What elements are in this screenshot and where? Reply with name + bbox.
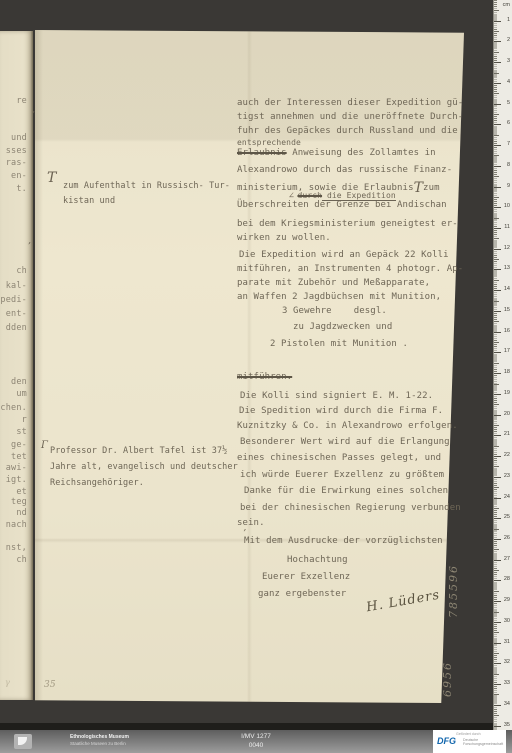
ruler-half-tick bbox=[494, 52, 499, 53]
previous-page-fragment: nach bbox=[0, 520, 27, 530]
previous-page-fragment: sses bbox=[0, 146, 27, 156]
ruler-cm-tick bbox=[494, 249, 501, 250]
ruler-half-tick bbox=[494, 10, 499, 11]
previous-page-fragment: ch bbox=[0, 555, 27, 565]
ruler-cm-label: 12 bbox=[504, 246, 510, 252]
previous-page-fragment: dden bbox=[0, 323, 27, 333]
ruler-cm-label: 35 bbox=[504, 723, 510, 729]
previous-page-fragment: chen. bbox=[0, 403, 27, 413]
ruler-cm-tick bbox=[494, 83, 501, 84]
museum-logo-icon bbox=[14, 734, 32, 749]
ruler-half-tick bbox=[494, 155, 499, 156]
letter-line: bei dem Kriegsministerium geneigtest er- bbox=[237, 220, 458, 229]
ruler-cm-tick bbox=[494, 145, 501, 146]
ruler-cm-tick bbox=[494, 580, 501, 581]
funded-by-label: Gefördert durch bbox=[456, 732, 481, 736]
ruler-cm-label: 19 bbox=[504, 391, 510, 397]
letter-line: mitführen, an Instrumenten 4 photogr. Ap… bbox=[237, 265, 463, 274]
letter-line: ’ bbox=[28, 243, 31, 252]
letter-line: Mit dem Ausdrucke der vorzüglichsten bbox=[244, 537, 443, 546]
archive-reference: I/MV 1277 0040 bbox=[241, 733, 271, 751]
ruler-half-tick bbox=[494, 321, 499, 322]
ruler-cm-label: 16 bbox=[504, 329, 510, 335]
ruler-cm-label: 30 bbox=[504, 619, 510, 625]
previous-page-fragment: re bbox=[0, 96, 27, 106]
ruler-cm-tick bbox=[494, 435, 501, 436]
ruler-half-tick bbox=[494, 508, 499, 509]
ruler-cm-label: 13 bbox=[504, 266, 510, 272]
ruler-cm-label: 14 bbox=[504, 287, 510, 293]
letter-line: Danke für die Erwirkung eines solchen bbox=[244, 487, 448, 496]
letter-line: fuhr des Gepäckes durch Russland und die bbox=[237, 127, 458, 136]
ruler-half-tick bbox=[494, 694, 499, 695]
pencil-mark: γ bbox=[5, 679, 10, 687]
ruler-half-tick bbox=[494, 301, 499, 302]
pre-footer-band bbox=[0, 723, 512, 730]
ruler-cm-label: 32 bbox=[504, 660, 510, 666]
ruler-cm-label: 18 bbox=[504, 370, 510, 376]
letter-line: an Waffen 2 Jagdbüchsen mit Munition, bbox=[237, 293, 441, 302]
ruler-cm-tick bbox=[494, 643, 501, 644]
previous-page-fragment: und bbox=[0, 133, 27, 143]
letter-line: tigst annehmen und die uneröffnete Durch… bbox=[237, 113, 463, 122]
letter-line: Erlaubnis Anweisung des Zollamtes in bbox=[237, 149, 436, 158]
letter-line: T bbox=[47, 174, 56, 183]
pencil-number-vertical: 785596 bbox=[447, 564, 460, 618]
letter-line: Reichsangehöriger. bbox=[50, 479, 144, 488]
ruler-half-tick bbox=[494, 384, 499, 385]
ruler-half-tick bbox=[494, 549, 499, 550]
ruler-unit-label: cm bbox=[503, 2, 510, 8]
previous-page-fragment: ent- bbox=[0, 309, 27, 319]
letter-line: ’ bbox=[32, 112, 35, 121]
ruler-cm-tick bbox=[494, 415, 501, 416]
letter-line: kistan und bbox=[63, 197, 115, 206]
ruler-cm-label: 1 bbox=[507, 18, 510, 24]
ruler-half-tick bbox=[494, 363, 499, 364]
ruler-cm-label: 20 bbox=[504, 412, 510, 418]
ruler-half-tick bbox=[494, 404, 499, 405]
ruler-cm-label: 23 bbox=[504, 474, 510, 480]
ruler-cm-label: 27 bbox=[504, 557, 510, 563]
letter-line: auch der Interessen dieser Expedition gü… bbox=[237, 99, 463, 108]
letter-line: bei der chinesischen Regierung verbunden bbox=[240, 504, 461, 513]
ruler-cm-tick bbox=[494, 663, 501, 664]
letter-line: Alexandrowo durch das russische Finanz- bbox=[237, 166, 452, 175]
previous-page-fragment: en- bbox=[0, 171, 27, 181]
ruler-half-tick bbox=[494, 674, 499, 675]
previous-page-fragment: ch bbox=[0, 266, 27, 276]
ruler-cm-tick bbox=[494, 498, 501, 499]
ruler-cm-label: 5 bbox=[507, 101, 510, 107]
previous-page-fragment: t. bbox=[0, 184, 27, 194]
ruler-cm-tick bbox=[494, 124, 501, 125]
ruler-cm-tick bbox=[494, 684, 501, 685]
ruler-cm-label: 8 bbox=[507, 163, 510, 169]
footer-bar: Ethnologisches Museum Staatliche Museen … bbox=[0, 730, 512, 753]
letter-line: Professor Dr. Albert Tafel ist 37½ bbox=[50, 447, 227, 456]
ruler-cm-label: 3 bbox=[507, 59, 510, 65]
ruler-cm-tick bbox=[494, 705, 501, 706]
ruler-half-tick bbox=[494, 238, 499, 239]
letter-line: ∠ durch die Expedition bbox=[288, 192, 396, 200]
ruler-half-tick bbox=[494, 93, 499, 94]
previous-page-fragment: kal- bbox=[0, 281, 27, 291]
previous-page-fragment: tet bbox=[0, 452, 27, 462]
ruler-half-tick bbox=[494, 114, 499, 115]
ruler-cm-label: 9 bbox=[507, 184, 510, 190]
letter-line: Hochachtung bbox=[287, 556, 348, 565]
previous-page-fragment: pedi- bbox=[0, 295, 27, 305]
archive-signature: I/MV 1277 bbox=[241, 733, 271, 742]
ruler-cm-label: 22 bbox=[504, 453, 510, 459]
letter-line: zu Jagdzwecken und bbox=[293, 323, 392, 332]
ruler-half-tick bbox=[494, 425, 499, 426]
museum-label: Ethnologisches Museum Staatliche Museen … bbox=[70, 734, 129, 747]
ruler-half-tick bbox=[494, 218, 499, 219]
ruler-half-tick bbox=[494, 135, 499, 136]
ruler-half-tick bbox=[494, 612, 499, 613]
ruler-cm-tick bbox=[494, 601, 501, 602]
previous-page-fragment: nd bbox=[0, 508, 27, 518]
ruler-cm-label: 26 bbox=[504, 536, 510, 542]
ruler-cm-tick bbox=[494, 62, 501, 63]
ruler-half-tick bbox=[494, 73, 499, 74]
previous-page-fragment: um bbox=[0, 389, 27, 399]
dfg-logo: Gefördert durch DFG Deutsche Forschungsg… bbox=[433, 730, 506, 753]
page-number: 0040 bbox=[241, 742, 271, 751]
ruler-cm-tick bbox=[494, 269, 501, 270]
ruler-cm-tick bbox=[494, 187, 501, 188]
ruler-cm-label: 6 bbox=[507, 121, 510, 127]
ruler-cm-label: 17 bbox=[504, 349, 510, 355]
ruler-half-tick bbox=[494, 632, 499, 633]
ruler-half-tick bbox=[494, 259, 499, 260]
ruler-half-tick bbox=[494, 715, 499, 716]
ruler-cm-label: 24 bbox=[504, 495, 510, 501]
museum-org: Staatliche Museen zu Berlin bbox=[70, 741, 129, 747]
letter-line: 2 Pistolen mit Munition . bbox=[270, 340, 408, 349]
ruler-cm-tick bbox=[494, 228, 501, 229]
previous-page-fragment: ras- bbox=[0, 158, 27, 168]
letter-line: 3 Gewehre desgl. bbox=[282, 307, 387, 316]
ruler-cm-tick bbox=[494, 104, 501, 105]
letter-line: Die Expedition wird an Gepäck 22 Kolli bbox=[239, 251, 449, 260]
ruler-cm-tick bbox=[494, 560, 501, 561]
ruler-cm-tick bbox=[494, 290, 501, 291]
previous-page-fragment: st bbox=[0, 427, 27, 437]
previous-page-fragment: den bbox=[0, 377, 27, 387]
ruler-half-tick bbox=[494, 280, 499, 281]
previous-page-fragment: r bbox=[0, 415, 27, 425]
letter-line: Überschreiten der Grenze bei Andischan bbox=[237, 201, 447, 210]
previous-page-edge: reundssesras-en-t.chkal-pedi-ent-ddenden… bbox=[0, 31, 33, 700]
ruler-half-tick bbox=[494, 197, 499, 198]
letter-line: Γ bbox=[41, 441, 48, 451]
ruler-cm-tick bbox=[494, 352, 501, 353]
ruler-half-tick bbox=[494, 31, 499, 32]
ruler-cm-label: 34 bbox=[504, 702, 510, 708]
document-scan: reundssesras-en-t.chkal-pedi-ent-ddenden… bbox=[0, 0, 512, 753]
ruler-cm-tick bbox=[494, 539, 501, 540]
letter-line: eines chinesischen Passes gelegt, und bbox=[237, 454, 441, 463]
ruler-cm-tick bbox=[494, 311, 501, 312]
letter-line: zum Aufenthalt in Russisch- Tur- bbox=[63, 182, 230, 191]
previous-page-fragment: ge- bbox=[0, 440, 27, 450]
ruler-cm-label: 33 bbox=[504, 681, 510, 687]
ruler-cm-tick bbox=[494, 332, 501, 333]
previous-page-fragment: et bbox=[0, 487, 27, 497]
ruler: cm 1234567891011121314151617181920212223… bbox=[493, 0, 512, 731]
ruler-cm-label: 7 bbox=[507, 142, 510, 148]
ruler-cm-tick bbox=[494, 207, 501, 208]
letter-line: wirken zu wollen. bbox=[237, 234, 331, 243]
ruler-cm-label: 2 bbox=[507, 38, 510, 44]
ruler-cm-label: 11 bbox=[504, 225, 510, 231]
ruler-half-tick bbox=[494, 591, 499, 592]
letter-line: mitführen. bbox=[237, 373, 292, 382]
ruler-cm-label: 21 bbox=[504, 432, 510, 438]
pencil-mark: 35 bbox=[44, 681, 56, 690]
dfg-abbr: DFG bbox=[437, 736, 456, 746]
letter-line: entsprechende bbox=[237, 139, 301, 147]
ruler-cm-tick bbox=[494, 394, 501, 395]
letter-line: sein. bbox=[237, 519, 265, 528]
ruler-cm-tick bbox=[494, 166, 501, 167]
letter-line: parate mit Zubehör und Meßapparate, bbox=[237, 279, 430, 288]
pencil-number-vertical: 6956 bbox=[441, 661, 454, 697]
ruler-cm-tick bbox=[494, 477, 501, 478]
letter-line: Besonderer Wert wird auf die Erlangung bbox=[240, 438, 450, 447]
ruler-cm-label: 29 bbox=[504, 598, 510, 604]
ruler-cm-tick bbox=[494, 518, 501, 519]
previous-page-fragment: nst, bbox=[0, 543, 27, 553]
ruler-cm-tick bbox=[494, 726, 501, 727]
ruler-cm-label: 31 bbox=[504, 640, 510, 646]
ruler-half-tick bbox=[494, 342, 499, 343]
ruler-half-tick bbox=[494, 529, 499, 530]
ruler-half-tick bbox=[494, 446, 499, 447]
letter-line: Kuznitzky & Co. in Alexandrowo erfolgen. bbox=[237, 422, 458, 431]
ruler-cm-tick bbox=[494, 456, 501, 457]
ruler-cm-label: 25 bbox=[504, 515, 510, 521]
ruler-cm-tick bbox=[494, 21, 501, 22]
ruler-half-tick bbox=[494, 653, 499, 654]
previous-page-fragment: teg bbox=[0, 497, 27, 507]
letter-line: Jahre alt, evangelisch und deutscher bbox=[50, 463, 238, 472]
ruler-cm-label: 4 bbox=[507, 80, 510, 86]
museum-name: Ethnologisches Museum bbox=[70, 734, 129, 741]
ruler-half-tick bbox=[494, 487, 499, 488]
letter-line: Die Spedition wird durch die Firma F. bbox=[239, 407, 443, 416]
ruler-cm-label: 15 bbox=[504, 308, 510, 314]
ruler-half-tick bbox=[494, 176, 499, 177]
previous-page-fragment: awi- bbox=[0, 463, 27, 473]
ruler-half-tick bbox=[494, 466, 499, 467]
letter-line: ich würde Euerer Exzellenz zu größtem bbox=[240, 471, 444, 480]
dfg-name: Deutsche Forschungsgemeinschaft bbox=[463, 738, 505, 747]
letter-line: ganz ergebenster bbox=[258, 590, 346, 599]
previous-page-fragment: igt. bbox=[0, 475, 27, 485]
letter-line: Euerer Exzellenz bbox=[262, 573, 350, 582]
letter-line: Die Kolli sind signiert E. M. 1-22. bbox=[240, 392, 433, 401]
ruler-cm-tick bbox=[494, 373, 501, 374]
ruler-cm-tick bbox=[494, 622, 501, 623]
ruler-cm-tick bbox=[494, 41, 501, 42]
ruler-cm-label: 10 bbox=[504, 204, 510, 210]
ruler-half-tick bbox=[494, 570, 499, 571]
ruler-cm-label: 28 bbox=[504, 577, 510, 583]
